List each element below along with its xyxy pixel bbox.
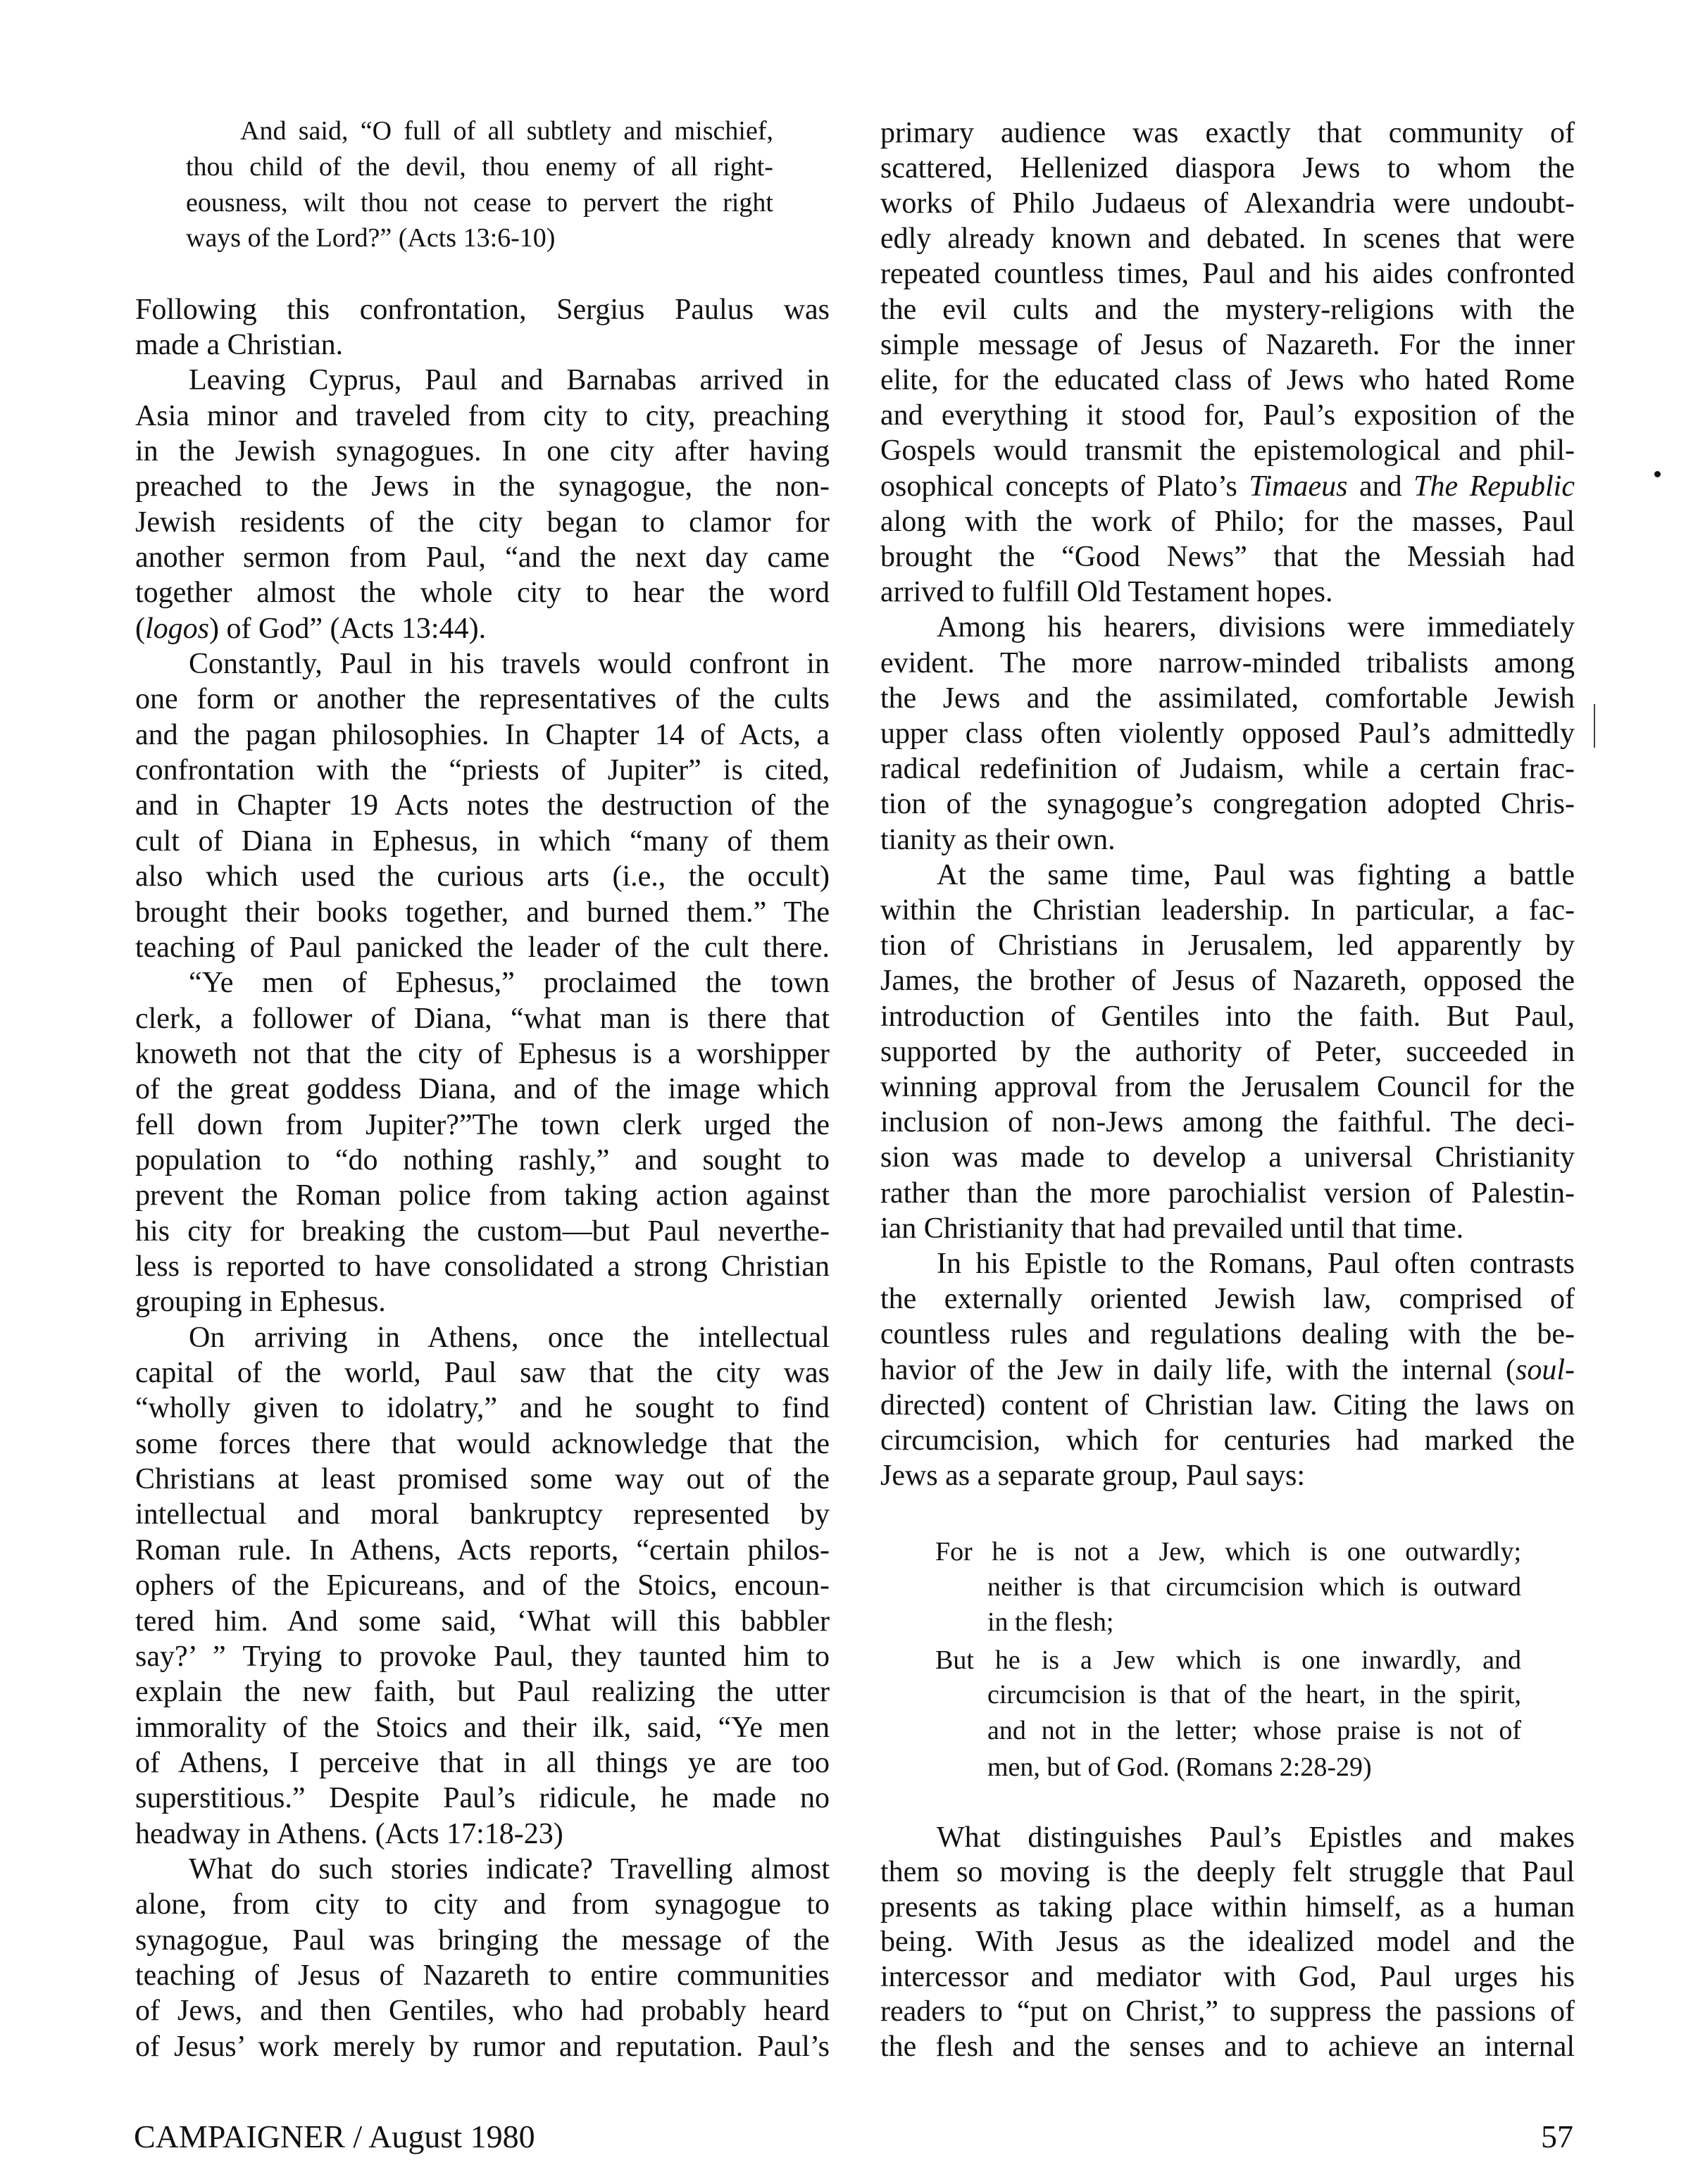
body-line: cult of Diana in Ephesus, in which “many… xyxy=(135,827,830,856)
body-line: and everything it stood for, Paul’s expo… xyxy=(880,401,1575,430)
body-line: Gospels would transmit the epistemologic… xyxy=(880,436,1575,465)
body-line: within the Christian leadership. In part… xyxy=(880,896,1575,925)
body-line: brought their books together, and burned… xyxy=(135,898,830,927)
footer-publication: CAMPAIGNER / August 1980 xyxy=(134,2121,535,2153)
body-line: teaching of Jesus of Nazareth to entire … xyxy=(135,1961,830,1990)
body-line: and in Chapter 19 Acts notes the destruc… xyxy=(135,791,830,820)
body-line: brought the “Good News” that the Messiah… xyxy=(880,542,1575,572)
text-segment: and xyxy=(1347,470,1413,503)
body-line: works of Philo Judaeus of Alexandria wer… xyxy=(880,189,1575,218)
magazine-page: CAMPAIGNER / August 1980 57 And said, “O… xyxy=(0,0,1686,2184)
body-line: tered him. And some said, ‘What will thi… xyxy=(135,1607,830,1636)
body-line: along with the work of Philo; for the ma… xyxy=(880,507,1575,536)
scan-hairline-mark xyxy=(1594,704,1595,748)
italic-text-segment: logos xyxy=(145,613,209,645)
body-line: presents as taking place within himself,… xyxy=(880,1893,1575,1922)
body-line: headway in Athens. (Acts 17:18-23) xyxy=(135,1819,563,1849)
body-line: grouping in Ephesus. xyxy=(135,1287,386,1317)
scan-speck-mark xyxy=(1654,471,1661,477)
body-line: circumcision, which for centuries had ma… xyxy=(880,1426,1575,1455)
quote-line: But he is a Jew which is one inwardly, a… xyxy=(935,1647,1521,1674)
body-line: Following this confrontation, Sergius Pa… xyxy=(135,295,830,325)
body-line: radical redefinition of Judaism, while a… xyxy=(880,754,1575,784)
body-line: What do such stories indicate? Travellin… xyxy=(189,1854,830,1884)
body-line: introduction of Gentiles into the faith.… xyxy=(880,1002,1575,1031)
body-line: the evil cults and the mystery-religions… xyxy=(880,295,1575,325)
body-line: James, the brother of Jesus of Nazareth,… xyxy=(880,966,1575,996)
body-line: What distinguishes Paul’s Epistles and m… xyxy=(937,1823,1575,1852)
body-line: confrontation with the “priests of Jupit… xyxy=(135,755,830,785)
footer-page-number: 57 xyxy=(1541,2121,1573,2153)
body-line: Jewish residents of the city began to cl… xyxy=(135,508,830,537)
body-line: tion of Christians in Jerusalem, led app… xyxy=(880,931,1575,960)
body-line: the externally oriented Jewish law, comp… xyxy=(880,1284,1575,1314)
quote-line: And said, “O full of all subtlety and mi… xyxy=(240,118,773,144)
text-segment: osophical concepts of Plato’s xyxy=(880,470,1249,503)
body-line: population to “do nothing rashly,” and s… xyxy=(135,1146,830,1175)
quote-line: in the flesh; xyxy=(987,1609,1113,1636)
body-line: intellectual and moral bankruptcy repres… xyxy=(135,1500,830,1529)
body-line: immorality of the Stoics and their ilk, … xyxy=(135,1713,830,1743)
body-line: Asia minor and traveled from city to cit… xyxy=(135,401,830,431)
body-line: At the same time, Paul was fighting a ba… xyxy=(937,860,1575,890)
quote-line: men, but of God. (Romans 2:28-29) xyxy=(987,1754,1372,1781)
body-line: tion of the synagogue’s congregation ado… xyxy=(880,789,1575,819)
body-line: explain the new faith, but Paul realizin… xyxy=(135,1677,830,1707)
quote-line: For he is not a Jew, which is one outwar… xyxy=(935,1538,1521,1565)
body-line: synagogue, Paul was bringing the message… xyxy=(135,1926,830,1955)
quote-line: eousness, wilt thou not cease to pervert… xyxy=(186,189,773,216)
body-line: Roman rule. In Athens, Acts reports, “ce… xyxy=(135,1536,830,1565)
body-line: arrived to fulfill Old Testament hopes. xyxy=(880,577,1332,607)
body-line: Constantly, Paul in his travels would co… xyxy=(189,649,830,679)
body-line: of Jews, and then Gentiles, who had prob… xyxy=(135,1996,830,2026)
body-line: of Athens, I perceive that in all things… xyxy=(135,1748,830,1778)
body-line: “Ye men of Ephesus,” proclaimed the town xyxy=(189,968,830,998)
body-line: preached to the Jews in the synagogue, t… xyxy=(135,472,830,501)
body-line: Christians at least promised some way ou… xyxy=(135,1464,830,1494)
body-line: elite, for the educated class of Jews wh… xyxy=(880,365,1575,395)
body-line: upper class often violently opposed Paul… xyxy=(880,719,1575,748)
body-line: superstitious.” Despite Paul’s ridicule,… xyxy=(135,1783,830,1813)
body-line: capital of the world, Paul saw that the … xyxy=(135,1358,830,1388)
body-line: Jews as a separate group, Paul says: xyxy=(880,1461,1305,1490)
body-line: ian Christianity that had prevailed unti… xyxy=(880,1214,1463,1243)
body-line: osophical concepts of Plato’s Timaeus an… xyxy=(880,472,1575,501)
body-line: ophers of the Epicureans, and of the Sto… xyxy=(135,1571,830,1600)
body-line: alone, from city to city and from synago… xyxy=(135,1890,830,1919)
body-line: On arriving in Athens, once the intellec… xyxy=(189,1323,830,1353)
body-line: prevent the Roman police from taking act… xyxy=(135,1181,830,1210)
body-line: his city for breaking the custom—but Pau… xyxy=(135,1217,830,1246)
body-line: “wholly given to idolatry,” and he sough… xyxy=(135,1393,830,1423)
text-segment: - xyxy=(1565,1354,1575,1386)
body-line: havior of the Jew in daily life, with th… xyxy=(880,1355,1575,1385)
body-line: say?’ ” Trying to provoke Paul, they tau… xyxy=(135,1642,830,1671)
body-line: simple message of Jesus of Nazareth. For… xyxy=(880,330,1575,360)
body-line: together almost the whole city to hear t… xyxy=(135,578,830,608)
body-line: them so moving is the deeply felt strugg… xyxy=(880,1857,1575,1887)
body-line: winning approval from the Jerusalem Coun… xyxy=(880,1072,1575,1102)
body-line: rather than the more parochialist versio… xyxy=(880,1179,1575,1208)
body-line: another sermon from Paul, “and the next … xyxy=(135,543,830,572)
body-line: also which used the curious arts (i.e., … xyxy=(135,862,830,891)
body-line: and the pagan philosophies. In Chapter 1… xyxy=(135,720,830,750)
body-line: readers to “put on Christ,” to suppress … xyxy=(880,1997,1575,2026)
body-line: the flesh and the senses and to achieve … xyxy=(880,2032,1575,2061)
body-line: inclusion of non-Jews among the faithful… xyxy=(880,1107,1575,1137)
body-line: primary audience was exactly that commun… xyxy=(880,118,1575,148)
body-line: being. With Jesus as the idealized model… xyxy=(880,1927,1575,1957)
body-line: some forces there that would acknowledge… xyxy=(135,1429,830,1459)
body-line: In his Epistle to the Romans, Paul often… xyxy=(937,1249,1575,1279)
quote-line: thou child of the devil, thou enemy of a… xyxy=(186,153,773,180)
quote-line: and not in the letter; whose praise is n… xyxy=(987,1717,1521,1744)
body-line: less is reported to have consolidated a … xyxy=(135,1252,830,1281)
body-line: teaching of Paul panicked the leader of … xyxy=(135,933,830,962)
text-segment: havior of the Jew in daily life, with th… xyxy=(880,1354,1516,1386)
body-line: directed) content of Christian law. Citi… xyxy=(880,1391,1575,1420)
body-line: in the Jewish synagogues. In one city af… xyxy=(135,437,830,466)
body-line: evident. The more narrow-minded tribalis… xyxy=(880,648,1575,678)
body-line: one form or another the representatives … xyxy=(135,684,830,714)
body-line: supported by the authority of Peter, suc… xyxy=(880,1037,1575,1067)
quote-line: circumcision is that of the heart, in th… xyxy=(987,1681,1521,1708)
body-line: (logos) of God” (Acts 13:44). xyxy=(135,614,486,644)
body-line: intercessor and mediator with God, Paul … xyxy=(880,1962,1575,1992)
quote-line: neither is that circumcision which is ou… xyxy=(987,1574,1521,1600)
body-line: the Jews and the assimilated, comfortabl… xyxy=(880,684,1575,713)
text-segment: ( xyxy=(135,613,145,645)
body-line: repeated countless times, Paul and his a… xyxy=(880,259,1575,289)
body-line: countless rules and regulations dealing … xyxy=(880,1319,1575,1349)
body-line: made a Christian. xyxy=(135,330,343,360)
italic-text-segment: The Republic xyxy=(1413,470,1575,503)
body-line: of the great goddess Diana, and of the i… xyxy=(135,1074,830,1104)
body-line: scattered, Hellenized diaspora Jews to w… xyxy=(880,153,1575,183)
body-line: edly already known and debated. In scene… xyxy=(880,224,1575,253)
quote-line: ways of the Lord?” (Acts 13:6-10) xyxy=(186,225,555,251)
body-line: clerk, a follower of Diana, “what man is… xyxy=(135,1004,830,1034)
body-line: knoweth not that the city of Ephesus is … xyxy=(135,1039,830,1069)
body-line: fell down from Jupiter?”The town clerk u… xyxy=(135,1110,830,1140)
body-line: of Jesus’ work merely by rumor and reput… xyxy=(135,2032,830,2061)
body-line: tianity as their own. xyxy=(880,825,1116,855)
body-line: sion was made to develop a universal Chr… xyxy=(880,1143,1575,1172)
italic-text-segment: Timaeus xyxy=(1249,470,1347,503)
body-line: Among his hearers, divisions were immedi… xyxy=(937,613,1575,642)
italic-text-segment: soul xyxy=(1516,1354,1565,1386)
text-segment: ) of God” (Acts 13:44). xyxy=(209,613,486,645)
body-line: Leaving Cyprus, Paul and Barnabas arrive… xyxy=(189,365,830,395)
